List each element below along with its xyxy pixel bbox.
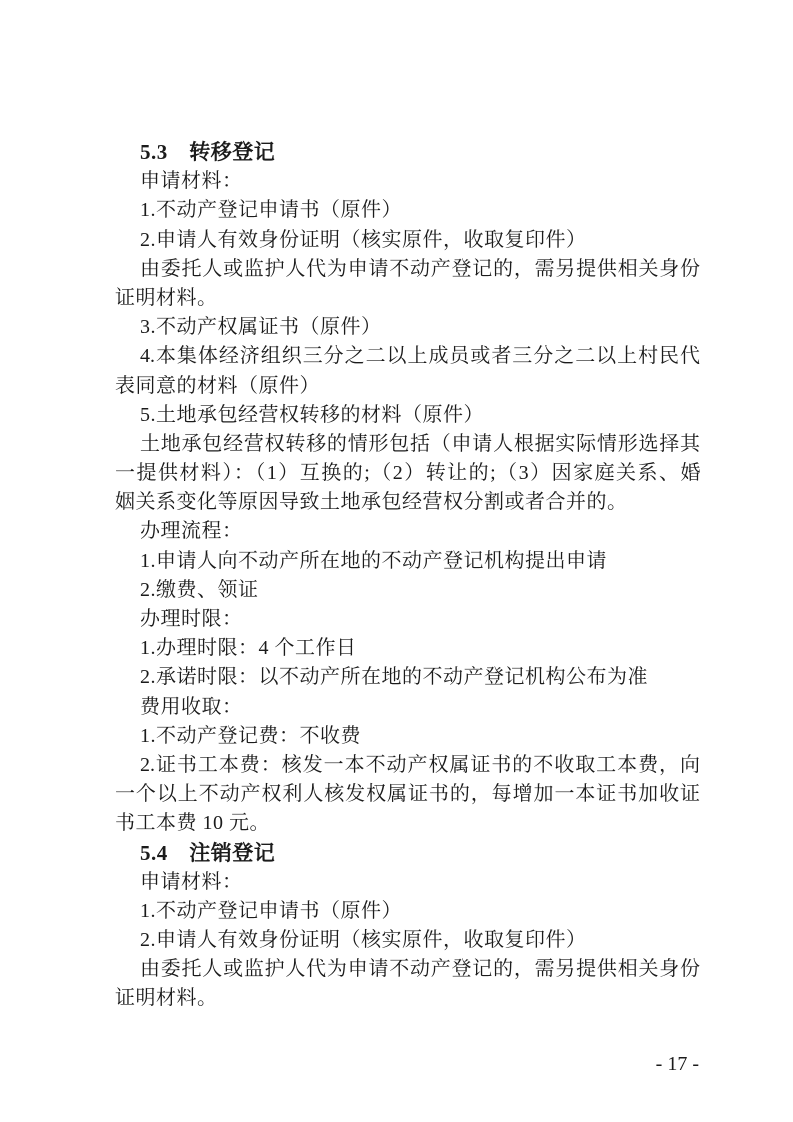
doc-line: 申请材料： bbox=[115, 167, 700, 196]
section-heading-5-3: 5.3 转移登记 bbox=[115, 138, 700, 167]
doc-line: 3.不动产权属证书（原件） bbox=[115, 313, 700, 342]
doc-line: 一个以上不动产权利人核发权属证书的，每增加一本证书加收证 bbox=[115, 780, 700, 809]
doc-line: 由委托人或监护人代为申请不动产登记的，需另提供相关身份 bbox=[115, 955, 700, 984]
document-page: { "page": { "number": "- 17 -" }, "doc":… bbox=[0, 0, 793, 1122]
doc-line: 姻关系变化等原因导致土地承包经营权分割或者合并的。 bbox=[115, 488, 700, 517]
doc-line: 土地承包经营权转移的情形包括（申请人根据实际情形选择其 bbox=[115, 430, 700, 459]
doc-line: 1.办理时限：4 个工作日 bbox=[115, 634, 700, 663]
section-heading-5-4: 5.4 注销登记 bbox=[115, 839, 700, 868]
document-body: 5.3 转移登记 申请材料： 1.不动产登记申请书（原件） 2.申请人有效身份证… bbox=[115, 138, 700, 1014]
doc-line: 4.本集体经济组织三分之二以上成员或者三分之二以上村民代 bbox=[115, 342, 700, 371]
doc-line: 5.土地承包经营权转移的材料（原件） bbox=[115, 401, 700, 430]
doc-line: 1.不动产登记费：不收费 bbox=[115, 722, 700, 751]
doc-line: 2.缴费、领证 bbox=[115, 576, 700, 605]
doc-line: 1.申请人向不动产所在地的不动产登记机构提出申请 bbox=[115, 547, 700, 576]
doc-line: 由委托人或监护人代为申请不动产登记的，需另提供相关身份 bbox=[115, 255, 700, 284]
doc-line: 办理流程： bbox=[115, 517, 700, 546]
doc-line: 费用收取： bbox=[115, 693, 700, 722]
doc-line: 书工本费 10 元。 bbox=[115, 809, 700, 838]
page-number: - 17 - bbox=[656, 1050, 699, 1079]
doc-line: 办理时限： bbox=[115, 605, 700, 634]
doc-line: 2.承诺时限：以不动产所在地的不动产登记机构公布为准 bbox=[115, 663, 700, 692]
doc-line: 表同意的材料（原件） bbox=[115, 372, 700, 401]
doc-line: 一提供材料）：（1）互换的;（2）转让的;（3）因家庭关系、婚 bbox=[115, 459, 700, 488]
doc-line: 2.申请人有效身份证明（核实原件，收取复印件） bbox=[115, 926, 700, 955]
doc-line: 证明材料。 bbox=[115, 284, 700, 313]
doc-line: 证明材料。 bbox=[115, 984, 700, 1013]
doc-line: 1.不动产登记申请书（原件） bbox=[115, 897, 700, 926]
doc-line: 2.证书工本费：核发一本不动产权属证书的不收取工本费，向 bbox=[115, 751, 700, 780]
doc-line: 申请材料： bbox=[115, 868, 700, 897]
doc-line: 1.不动产登记申请书（原件） bbox=[115, 196, 700, 225]
doc-line: 2.申请人有效身份证明（核实原件，收取复印件） bbox=[115, 226, 700, 255]
